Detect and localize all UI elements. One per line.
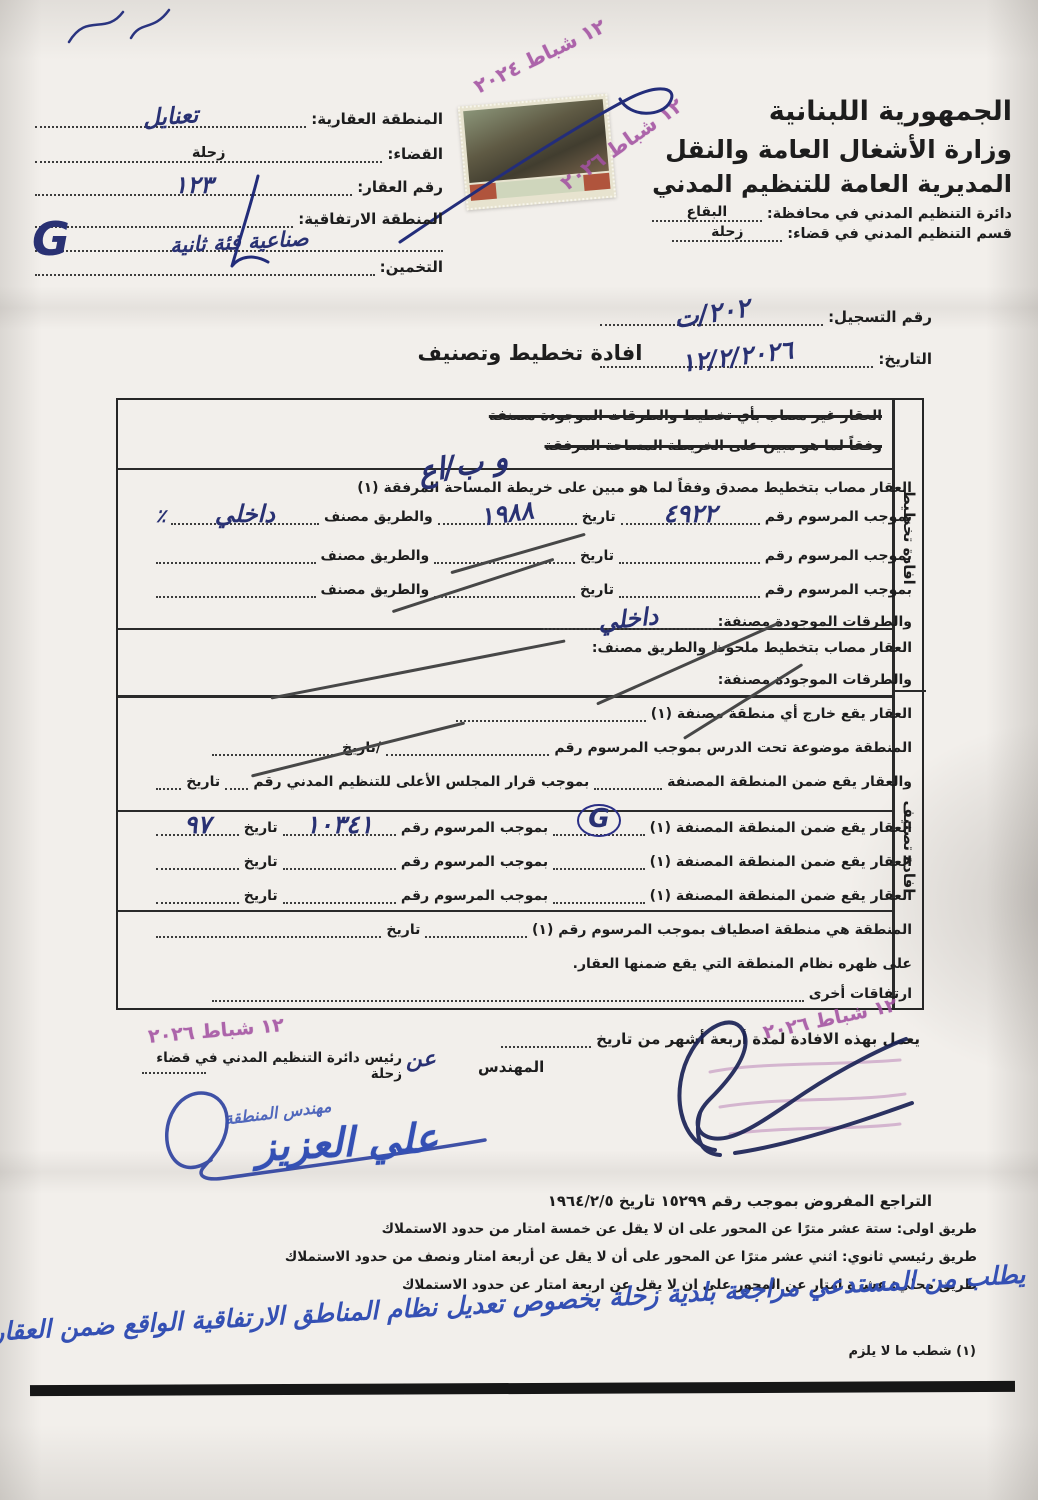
- decree1-road: داخلي: [215, 503, 275, 526]
- handwritten-note: يطلب من المستدعي مراجعة بلدية زحلة بخصوص…: [14, 1260, 1026, 1345]
- first-road-rule: طريق اولى: ستة عشر مترًا عن المحور على ا…: [60, 1221, 977, 1237]
- registration-date-label: التاريخ:: [878, 350, 932, 368]
- caza-row: القضاء: زحلة: [35, 145, 443, 163]
- within-zone-label: والعقار يقع ضمن المنطقة المصنفة: [667, 774, 912, 790]
- side-column-divider: [894, 690, 926, 692]
- registration-date-value: ١٢/٢/٢٠٢٦: [680, 338, 794, 375]
- within-zone-council-row: والعقار يقع ضمن المنطقة المصنفة بموجب قر…: [156, 774, 912, 790]
- zone-date-label: تاريخ: [244, 854, 278, 870]
- decree-label: بموجب المرسوم رقم: [765, 582, 912, 598]
- zone-date-label: تاريخ: [244, 820, 278, 836]
- caza-office-row: قسم التنظيم المدني في قضاء: زحلة: [600, 226, 1012, 242]
- noted-plan-line: العقار مصاب بتخطيط ملحوظ والطريق مصنف:: [592, 640, 912, 656]
- caza-value: زحلة: [192, 145, 226, 161]
- pen-check-stroke: [224, 172, 274, 277]
- ministry-title: وزارة الأشغال العامة والنقل: [600, 135, 1012, 164]
- decree1-date: ١٩٨٨: [479, 499, 536, 530]
- scan-edge-bar: [30, 1381, 1015, 1396]
- republic-title: الجمهورية اللبنانية: [628, 96, 1012, 127]
- chief-title-dots: [142, 1072, 206, 1074]
- registration-number-value: ٢٠٢/ت: [672, 297, 751, 333]
- date-stamp-left: ١٢ شباط ٢٠٢٦: [147, 1014, 285, 1048]
- under-study-label: المنطقة موضوعة تحت الدرس بموجب المرسوم ر…: [554, 740, 912, 756]
- delete-what-unneeded-note: (١) شطب ما لا يلزم: [600, 1344, 976, 1359]
- region-row: المنطقة العقارية: تعنايل: [35, 110, 443, 128]
- parcel-value: ١٢٣: [174, 174, 213, 197]
- resort-date-label: تاريخ: [386, 922, 420, 938]
- chief-title: رئيس دائرة التنظيم المدني في قضاء زحلة: [140, 1050, 402, 1082]
- directorate-title: المديرية العامة للتنظيم المدني: [600, 170, 1012, 198]
- secondary-road-rule: طريق رئيسي ثانوي: اثني عشر مترًا عن المح…: [60, 1249, 977, 1265]
- pen-scribble: [65, 2, 175, 48]
- reverse-note: على ظهره نظام المنطقة التي يقع ضمنها الع…: [573, 956, 912, 972]
- zone-date-label: تاريخ: [244, 888, 278, 904]
- form-table: افادة تخطيط افادة تصنيف العقار غير مصاب …: [116, 398, 924, 1010]
- pen-slash: [271, 639, 566, 699]
- road-pen-mark: ٪: [156, 508, 166, 525]
- engineer-signature: [640, 995, 920, 1165]
- registration-number-row: رقم التسجيل: ٢٠٢/ت: [600, 308, 932, 326]
- zone-row-1: العقار يقع ضمن المنطقة المصنفة (١) G بمو…: [156, 820, 912, 836]
- registration-number-label: رقم التسجيل:: [828, 308, 932, 326]
- zone-row-2: العقار يقع ضمن المنطقة المصنفة (١) بموجب…: [156, 854, 912, 870]
- not-affected-line2: وفقاً لما هو مبين على الخريطة المساحة ال…: [545, 438, 883, 454]
- zone-row-label: العقار يقع ضمن المنطقة المصنفة (١): [650, 854, 912, 870]
- zone1-code: G: [577, 804, 620, 837]
- date-label: تاريخ: [580, 548, 614, 564]
- table-rule: [118, 695, 892, 698]
- region-value: تعنايل: [142, 105, 199, 131]
- zone1-date: ٩٧: [184, 813, 211, 837]
- decree-label: بموجب المرسوم رقم: [765, 509, 912, 525]
- easement-zone-label: المنطقة الارتفاقية:: [298, 210, 443, 228]
- district-office-value: البقاع: [687, 204, 728, 220]
- appraisal-label: التخمين:: [380, 258, 443, 276]
- under-study-row: المنطقة موضوعة تحت الدرس بموجب المرسوم ر…: [212, 740, 912, 756]
- road-class-label: والطريق مصنف: [321, 582, 430, 598]
- district-office-row: دائرة التنظيم المدني في محافظة: البقاع: [600, 206, 1012, 222]
- caza-office-value: زحلة: [711, 224, 743, 240]
- decree-row-1: بموجب المرسوم رقم ٤٩٢٢ تاريخ ١٩٨٨ والطري…: [156, 508, 912, 525]
- region-label: المنطقة العقارية:: [311, 110, 443, 128]
- resort-label: المنطقة هي منطقة اصطياف بموجب المرسوم رق…: [532, 922, 912, 938]
- existing-roads-value: داخلي: [597, 605, 659, 634]
- noted-roads-label: والطرقات الموجودة مصنفة:: [718, 672, 912, 688]
- caza-office-label: قسم التنظيم المدني في قضاء:: [787, 226, 1012, 242]
- scanned-form-page: ١٢ شباط ٢٠٢٤ ١٢ شباط ٢٠٢٦ الجمهورية اللب…: [0, 0, 1038, 1500]
- outside-zone-row: العقار يقع خارج أي منطقة مصنفة (١): [352, 706, 912, 722]
- table-rule: [118, 910, 892, 912]
- setback-line: التراجع المفروض بموجب رقم ١٥٢٩٩ تاريخ ١٩…: [410, 1192, 932, 1210]
- existing-roads-label: والطرقات الموجودة مصنفة:: [718, 614, 912, 630]
- decree1-number: ٤٩٢٢: [663, 502, 717, 526]
- parcel-label: رقم العقار:: [357, 178, 443, 196]
- decree-row-2: بموجب المرسوم رقم تاريخ والطريق مصنف: [156, 548, 912, 564]
- resort-row: المنطقة هي منطقة اصطياف بموجب المرسوم رق…: [156, 922, 912, 938]
- zone-row-label: العقار يقع ضمن المنطقة المصنفة (١): [650, 820, 912, 836]
- zone-row-3: العقار يقع ضمن المنطقة المصنفة (١) بموجب…: [156, 888, 912, 904]
- district-office-label: دائرة التنظيم المدني في محافظة:: [767, 206, 1012, 222]
- decree-label: بموجب المرسوم رقم: [765, 548, 912, 564]
- date-label: تاريخ: [582, 509, 616, 525]
- zone-code-hand: G: [32, 218, 70, 262]
- engineer-label: المهندس: [478, 1058, 544, 1076]
- zone-row-label: العقار يقع ضمن المنطقة المصنفة (١): [650, 888, 912, 904]
- existing-roads-row: والطرقات الموجودة مصنفة: داخلي: [412, 614, 912, 630]
- on-behalf-mark: عن: [406, 1050, 436, 1071]
- signature-name: علي العزيز: [255, 1115, 439, 1170]
- zone-decree-label: بموجب المرسوم رقم: [401, 888, 548, 904]
- zone-decree-label: بموجب المرسوم رقم: [401, 820, 548, 836]
- decree-row-3: بموجب المرسوم رقم تاريخ والطريق مصنف: [156, 582, 912, 598]
- table-rule: [118, 810, 892, 812]
- not-affected-line1: العقار غير مصاب بأي تخطيط والطرقات الموج…: [489, 408, 882, 424]
- document-title: افادة تخطيط وتصنيف: [396, 341, 664, 365]
- letterhead: الجمهورية اللبنانية وزارة الأشغال العامة…: [600, 96, 1012, 242]
- council-label: بموجب قرار المجلس الأعلى للتنظيم المدني …: [253, 774, 589, 790]
- date-label: تاريخ: [580, 582, 614, 598]
- zone1-number: ١٠٣٤١: [306, 813, 373, 837]
- outside-zone-label: العقار يقع خارج أي منطقة مصنفة (١): [651, 706, 912, 722]
- zone-decree-label: بموجب المرسوم رقم: [401, 854, 548, 870]
- road-class-label: والطريق مصنف: [321, 548, 430, 564]
- caza-label: القضاء:: [387, 145, 443, 163]
- council-date-label: تاريخ: [186, 774, 220, 790]
- road-class-label: والطريق مصنف: [324, 509, 433, 525]
